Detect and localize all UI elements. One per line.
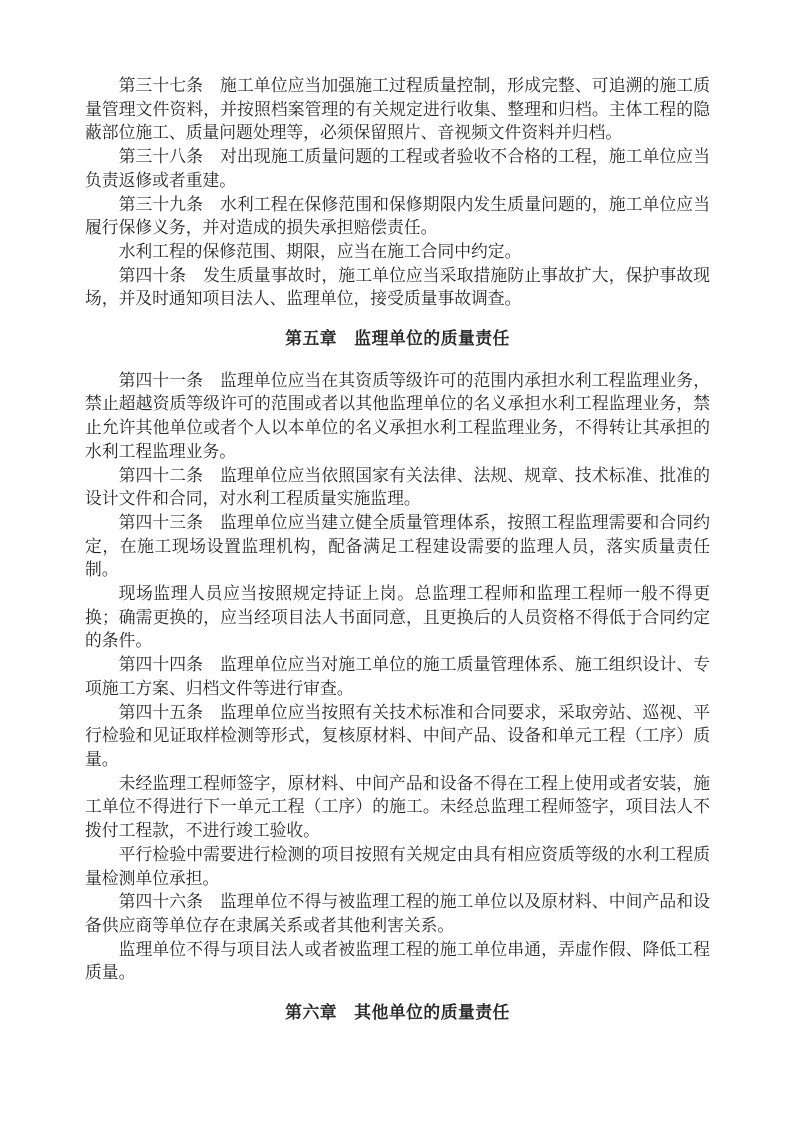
article-paragraph: 第三十七条 施工单位应当加强施工过程质量控制，形成完整、可追溯的施工质量管理文件… (85, 74, 710, 145)
document-content: 第三十七条 施工单位应当加强施工过程质量控制，形成完整、可追溯的施工质量管理文件… (85, 74, 710, 1043)
article-paragraph: 第四十二条 监理单位应当依照国家有关法律、法规、规章、技术标准、批准的设计文件和… (85, 464, 710, 511)
article-paragraph: 监理单位不得与项目法人或者被监理工程的施工单位串通，弄虚作假、降低工程质量。 (85, 938, 710, 985)
chapter-heading: 第六章 其他单位的质量责任 (85, 1001, 710, 1025)
article-paragraph: 第三十八条 对出现施工质量问题的工程或者验收不合格的工程，施工单位应当负责返修或… (85, 145, 710, 192)
article-paragraph: 现场监理人员应当按照规定持证上岗。总监理工程师和监理工程师一般不得更换；确需更换… (85, 582, 710, 653)
article-paragraph: 第四十条 发生质量事故时，施工单位应当采取措施防止事故扩大，保护事故现场，并及时… (85, 264, 710, 311)
article-paragraph: 第四十一条 监理单位应当在其资质等级许可的范围内承担水利工程监理业务，禁止超越资… (85, 369, 710, 464)
article-paragraph: 第四十四条 监理单位应当对施工单位的施工质量管理体系、施工组织设计、专项施工方案… (85, 653, 710, 700)
article-paragraph: 第四十六条 监理单位不得与被监理工程的施工单位以及原材料、中间产品和设备供应商等… (85, 890, 710, 937)
chapter-heading: 第五章 监理单位的质量责任 (85, 327, 710, 351)
document-page: 第三十七条 施工单位应当加强施工过程质量控制，形成完整、可追溯的施工质量管理文件… (0, 0, 793, 1122)
article-paragraph: 水利工程的保修范围、期限，应当在施工合同中约定。 (85, 240, 710, 264)
article-paragraph: 平行检验中需要进行检测的项目按照有关规定由具有相应资质等级的水利工程质量检测单位… (85, 843, 710, 890)
article-paragraph: 未经监理工程师签字，原材料、中间产品和设备不得在工程上使用或者安装，施工单位不得… (85, 772, 710, 843)
article-paragraph: 第四十三条 监理单位应当建立健全质量管理体系，按照工程监理需要和合同约定，在施工… (85, 511, 710, 582)
article-paragraph: 第三十九条 水利工程在保修范围和保修期限内发生质量问题的，施工单位应当履行保修义… (85, 193, 710, 240)
article-paragraph: 第四十五条 监理单位应当按照有关技术标准和合同要求，采取旁站、巡视、平行检验和见… (85, 701, 710, 772)
